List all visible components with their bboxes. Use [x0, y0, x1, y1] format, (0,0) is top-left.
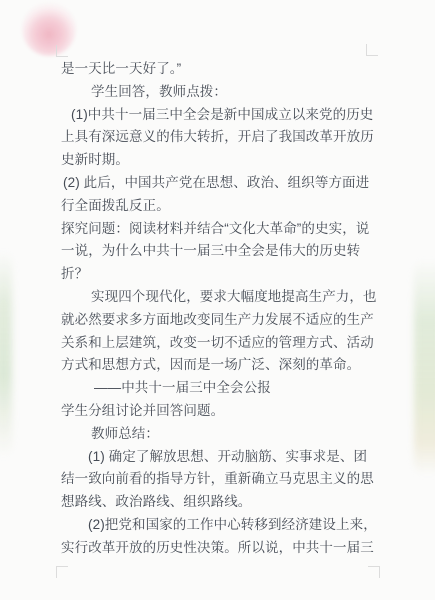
text-line: (2) 此后，中国共产党在思想、政治、组织等方面进	[61, 172, 387, 195]
text-line: 学生分组讨论并回答问题。	[61, 400, 387, 423]
text-line: ——中共十一届三中全会公报	[61, 377, 387, 400]
text-line: 实行改革开放的历史性决策。所以说，中共十一届三	[61, 537, 387, 560]
text-boundary-corner-mark-top-left	[56, 45, 68, 57]
text-line: 上具有深远意义的伟大转折，开启了我国改革开放历	[61, 126, 387, 149]
text-line: 想路线、政治路线、组织路线。	[61, 491, 387, 514]
text-line: (1)中共十一届三中全会是新中国成立以来党的历史	[61, 104, 387, 127]
text-boundary-corner-mark-bottom-left	[56, 566, 68, 578]
left-edge-background-tint	[0, 252, 12, 457]
text-line: 行全面拨乱反正。	[61, 195, 387, 218]
text-line: 教师总结：	[61, 423, 387, 446]
text-line: 就必然要求多方面地改变同生产力发展不适应的生产	[61, 309, 387, 332]
text-line: (2)把党和国家的工作中心转移到经济建设上来，	[61, 514, 387, 537]
text-line: 探究问题：阅读材料并结合“文化大革命”的史实，说	[61, 218, 387, 241]
text-line: 史新时期。	[61, 149, 387, 172]
document-text: 是一天比一天好了。”学生回答，教师点拨：(1)中共十一届三中全会是新中国成立以来…	[61, 58, 387, 560]
text-line: 一说，为什么中共十一届三中全会是伟大的历史转	[61, 240, 387, 263]
text-boundary-corner-mark-bottom-right	[368, 566, 380, 578]
text-line: 关系和上层建筑，改变一切不适应的管理方式、活动	[61, 332, 387, 355]
text-line: 是一天比一天好了。”	[61, 58, 387, 81]
text-line: 学生回答，教师点拨：	[61, 81, 387, 104]
text-line: 实现四个现代化，要求大幅度地提高生产力，也	[61, 286, 387, 309]
text-line: 折？	[61, 263, 387, 286]
text-line: 方式和思想方式，因而是一场广泛、深刻的革命。	[61, 354, 387, 377]
document-photo-page: 是一天比一天好了。”学生回答，教师点拨：(1)中共十一届三中全会是新中国成立以来…	[0, 0, 435, 600]
text-line: 结一致向前看的指导方针，重新确立马克思主义的思	[61, 468, 387, 491]
text-boundary-corner-mark-top-right	[366, 44, 378, 56]
right-edge-background-tint	[414, 260, 435, 475]
text-line: (1) 确定了解放思想、开动脑筋、实事求是、团	[61, 446, 387, 469]
